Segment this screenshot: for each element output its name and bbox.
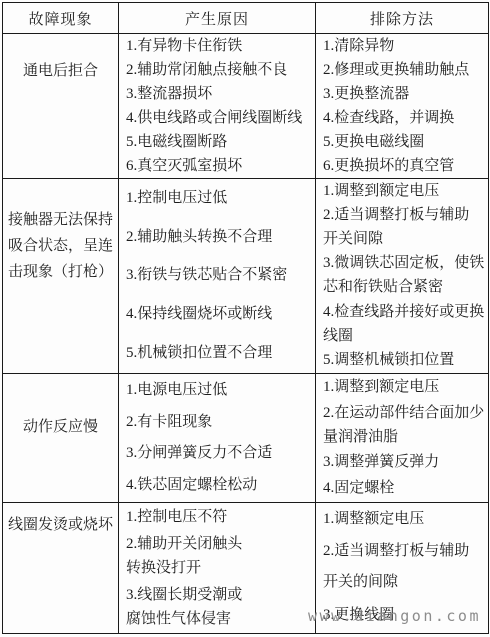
causes-cell-list: 1.电源电压过低2.有卡阻现象3.分闸弹簧反力不合适4.铁芯固定螺栓松动: [119, 374, 315, 501]
cause-item: 5.电磁线圈断路: [126, 130, 312, 154]
remedies-cell: 1.调整到额定电压2.适当调整打板与辅助 开关间隙3.微调铁芯固定板，使铁 芯和…: [316, 179, 489, 374]
cause-item: 1.电源电压过低: [126, 378, 312, 402]
remedy-item: 3.微调铁芯固定板，使铁 芯和衔铁贴合紧密: [323, 251, 485, 299]
cause-item: 3.线圈长期受潮或 腐蚀性气体侵害: [126, 583, 312, 631]
phenomenon-cell: 接触器无法保持 吸合状态，呈连 击现象（打枪）: [3, 179, 119, 374]
remedies-cell-list: 1.调整到额定电压2.在运动部件结合面加少 量润滑油脂3.调整弹簧反弹力4.固定…: [316, 374, 488, 501]
cause-item: 2.有卡阻现象: [126, 410, 312, 434]
cause-item: 1.控制电压过低: [126, 186, 312, 210]
troubleshooting-table: 故障现象 产生原因 排除方法 通电后拒合1.有异物卡住衔铁2.辅助常闭触点接触不…: [2, 2, 489, 634]
cause-item: 2.辅助开关闭触头 转换没打开: [126, 532, 312, 580]
remedy-item: 5.调整机械锁扣位置: [323, 348, 485, 372]
header-cell-cause: 产生原因: [119, 3, 316, 34]
cause-item: 4.铁芯固定螺栓松动: [126, 473, 312, 497]
cause-item: 1.控制电压不符: [126, 505, 312, 529]
cause-item: 4.保持线圈烧坏或断线: [126, 302, 312, 326]
remedies-cell-list: 1.调整到额定电压2.适当调整打板与辅助 开关间隙3.微调铁芯固定板，使铁 芯和…: [316, 179, 488, 372]
remedy-item: 2.适当调整打板与辅助 开关间隙: [323, 203, 485, 251]
table-row: 线圈发烫或烧坏1.控制电压不符2.辅助开关闭触头 转换没打开3.线圈长期受潮或 …: [3, 503, 489, 634]
remedy-item: 4.固定螺栓: [323, 476, 485, 500]
causes-cell: 1.控制电压不符2.辅助开关闭触头 转换没打开3.线圈长期受潮或 腐蚀性气体侵害: [119, 503, 316, 634]
table-header-row: 故障现象 产生原因 排除方法: [3, 3, 489, 34]
remedy-item: 5.更换电磁线圈: [323, 130, 485, 154]
remedy-item: 3.更换线圈: [323, 600, 485, 631]
remedy-item: 1.调整额定电压: [323, 504, 485, 535]
remedies-cell-list: 1.调整额定电压2.适当调整打板与辅助 开关的间隙3.更换线圈: [316, 503, 488, 632]
cause-item: 5.机械锁扣位置不合理: [126, 341, 312, 365]
header-cell-phenomenon: 故障现象: [3, 3, 119, 34]
remedies-cell: 1.调整到额定电压2.在运动部件结合面加少 量润滑油脂3.调整弹簧反弹力4.固定…: [316, 374, 489, 503]
causes-cell: 1.有异物卡住衔铁2.辅助常闭触点接触不良3.整流器损坏4.供电线路或合闸线圈断…: [119, 34, 316, 179]
causes-cell: 1.电源电压过低2.有卡阻现象3.分闸弹簧反力不合适4.铁芯固定螺栓松动: [119, 374, 316, 503]
phenomenon-cell: 动作反应慢: [3, 374, 119, 503]
remedies-cell: 1.调整额定电压2.适当调整打板与辅助 开关的间隙3.更换线圈: [316, 503, 489, 634]
cause-item: 2.辅助常闭触点接触不良: [126, 58, 312, 82]
table-row: 接触器无法保持 吸合状态，呈连 击现象（打枪）1.控制电压过低2.辅助触头转换不…: [3, 179, 489, 374]
phenomenon-cell: 通电后拒合: [3, 34, 119, 179]
causes-cell-list: 1.控制电压不符2.辅助开关闭触头 转换没打开3.线圈长期受潮或 腐蚀性气体侵害: [119, 503, 315, 632]
remedy-item: 4.检查线路并接好或更换 线圈: [323, 300, 485, 348]
remedy-item: 2.在运动部件结合面加少 量润滑油脂: [323, 401, 485, 449]
phenomenon-text: 线圈发烫或烧坏: [8, 517, 113, 533]
cause-item: 3.分闸弹簧反力不合适: [126, 441, 312, 465]
remedy-item: 6.更换损坏的真空管: [323, 154, 485, 178]
cause-item: 6.真空灭弧室损坏: [126, 154, 312, 178]
cause-item: 3.衔铁与铁芯贴合不紧密: [126, 263, 312, 287]
remedy-item: 2.修理或更换辅助触点: [323, 58, 485, 82]
table-body: 通电后拒合1.有异物卡住衔铁2.辅助常闭触点接触不良3.整流器损坏4.供电线路或…: [3, 34, 489, 634]
remedies-cell-list: 1.清除异物2.修理或更换辅助触点3.更换整流器4.检查线路，并调换5.更换电磁…: [316, 34, 488, 177]
cause-item: 4.供电线路或合闸线圈断线: [126, 106, 312, 130]
header-cell-remedy: 排除方法: [316, 3, 489, 34]
cause-item: 2.辅助触头转换不合理: [126, 225, 312, 249]
causes-cell-list: 1.有异物卡住衔铁2.辅助常闭触点接触不良3.整流器损坏4.供电线路或合闸线圈断…: [119, 34, 315, 177]
phenomenon-text: 通电后拒合: [23, 63, 98, 79]
remedy-item: 4.检查线路，并调换: [323, 106, 485, 130]
phenomenon-text: 动作反应慢: [23, 419, 98, 435]
cause-item: 3.整流器损坏: [126, 82, 312, 106]
remedy-item: 1.清除异物: [323, 34, 485, 58]
remedy-item: 1.调整到额定电压: [323, 375, 485, 399]
remedy-item: 1.调整到额定电压: [323, 179, 485, 203]
table-row: 通电后拒合1.有异物卡住衔铁2.辅助常闭触点接触不良3.整流器损坏4.供电线路或…: [3, 34, 489, 179]
remedy-item: 2.适当调整打板与辅助 开关的间隙: [323, 536, 485, 598]
table-row: 动作反应慢1.电源电压过低2.有卡阻现象3.分闸弹簧反力不合适4.铁芯固定螺栓松…: [3, 374, 489, 503]
causes-cell: 1.控制电压过低2.辅助触头转换不合理3.衔铁与铁芯贴合不紧密4.保持线圈烧坏或…: [119, 179, 316, 374]
remedy-item: 3.调整弹簧反弹力: [323, 450, 485, 474]
remedies-cell: 1.清除异物2.修理或更换辅助触点3.更换整流器4.检查线路，并调换5.更换电磁…: [316, 34, 489, 179]
phenomenon-text: 接触器无法保持 吸合状态，呈连 击现象（打枪）: [8, 212, 113, 280]
remedy-item: 3.更换整流器: [323, 82, 485, 106]
phenomenon-cell: 线圈发烫或烧坏: [3, 503, 119, 634]
causes-cell-list: 1.控制电压过低2.辅助触头转换不合理3.衔铁与铁芯贴合不紧密4.保持线圈烧坏或…: [119, 179, 315, 372]
scanned-document-page: { "page": { "background": "#fdfdfd", "bo…: [0, 0, 490, 637]
cause-item: 1.有异物卡住衔铁: [126, 34, 312, 58]
